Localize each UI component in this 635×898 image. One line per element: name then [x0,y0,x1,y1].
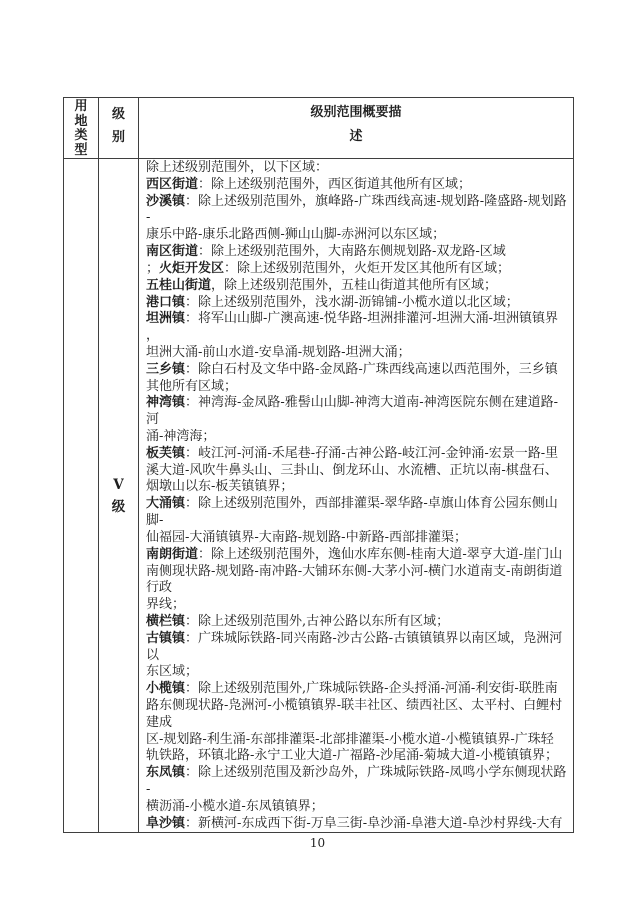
description-line: 阜沙镇：新横河-东成西下街-万阜三街-阜沙涌-阜港大道-阜沙村界线-大有 [146,816,567,832]
description-line: - [146,210,567,227]
description-line: 建成 [146,715,567,732]
description-line: 横沥涌-小榄水道-东凤镇镇界； [146,799,567,816]
description-line: 港口镇：除上述级别范围外，浅水湖-沥锦铺-小榄水道以北区域； [146,295,567,312]
description-line: 其他所有区域； [146,379,567,396]
description-line: 南朗街道：除上述级别范围外，逸仙水库东侧-桂南大道-翠亨大道-崖门山 [146,547,567,564]
description-line: 南侧现状路-规划路-南冲路-大铺环东侧-大茅小河-横门水道南支-南朗街道 [146,564,567,581]
description-line: 横栏镇：除上述级别范围外,古神公路以东所有区域； [146,614,567,631]
level-cell: V 级 [99,159,139,832]
land-use-type-header-cell: 用 地 类 型 [64,98,99,158]
description-line: 东区域； [146,664,567,681]
description-line: 小榄镇：除上述级别范围外,广珠城际铁路-企头捋涌-河涌-利安街-联胜南 [146,681,567,698]
description-line: 仙福园-大涌镇镇界-大南路-规划路-中新路-西部排灌渠； [146,530,567,547]
description-line: 大涌镇：除上述级别范围外，西部排灌渠-翠华路-卓旗山体育公园东侧山 [146,496,567,513]
description-line: ， [146,328,567,345]
table-body-row: V 级 除上述级别范围外，以下区域：西区街道：除上述级别范围外，西区街道其他所有… [64,159,573,832]
description-line: 东凤镇：除上述级别范围及新沙岛外，广珠城际铁路-凤鸣小学东侧现状路 [146,765,567,782]
description-line: 三乡镇：除白石村及文华中路-金凤路-广珠西线高速以西范围外，三乡镇 [146,362,567,379]
description-line: - [146,782,567,799]
description-header-cell: 级别范围概要描 述 [139,98,573,158]
page-number: 10 [0,836,635,850]
description-line: 路东侧现状路-凫洲河-小榄镇镇界-联丰社区、绩西社区、太平村、白鲤村 [146,698,567,715]
description-cell: 除上述级别范围外，以下区域：西区街道：除上述级别范围外，西区街道其他所有区域；沙… [139,159,573,832]
description-line: 康乐中路-康乐北路西侧-狮山山脚-赤洲河以东区域； [146,227,567,244]
description-line: 河 [146,412,567,429]
description-line: 行政 [146,580,567,597]
description-line: 板芙镇：岐江河-河涌-禾尾巷-孖涌-古神公路-岐江河-金钟涌-宏景一路-里 [146,446,567,463]
description-line: 烟墩山以东-板芙镇镇界； [146,479,567,496]
description-line: 区-规划路-利生涌-东部排灌渠-北部排灌渠-小榄水道-小榄镇镇界-广珠轻 [146,732,567,749]
description-line: 神湾镇：神湾海-金凤路-雅髻山山脚-神湾大道南-神湾医院东侧在建道路- [146,395,567,412]
description-line: 溪大道-风吹牛鼻头山、三卦山、倒龙环山、水流槽、正坑以南-棋盘石、 [146,463,567,480]
document-page: 用 地 类 型 级 别 级别范围概要描 述 V 级 除上述级别范围外，以下区域：… [0,0,635,898]
description-line: 轨铁路，环镇北路-永宁工业大道-广福路-沙尾涌-菊城大道-小榄镇镇界； [146,748,567,765]
description-header-line1: 级别范围概要描 [139,101,573,125]
description-line: 脚- [146,513,567,530]
description-line: 坦洲大涌-前山水道-安阜涌-规划路-坦洲大涌； [146,345,567,362]
land-use-type-cell [64,159,99,832]
description-line: 涌-神湾海； [146,429,567,446]
table-header-row: 用 地 类 型 级 别 级别范围概要描 述 [64,98,573,159]
description-line: 五桂山街道，除上述级别范围外，五桂山街道其他所有区域； [146,278,567,295]
description-line: 古镇镇：广珠城际铁路-同兴南路-沙古公路-古镇镇镇界以南区域，凫洲河 [146,631,567,648]
description-line: ；火炬开发区：除上述级别范围外，火炬开发区其他所有区域； [146,261,567,278]
level-description-table: 用 地 类 型 级 别 级别范围概要描 述 V 级 除上述级别范围外，以下区域：… [63,97,574,833]
description-line: 南区街道：除上述级别范围外，大南路东侧规划路-双龙路-区域 [146,244,567,261]
description-header-line2: 述 [139,125,573,149]
level-header-cell: 级 别 [99,98,139,158]
description-line: 西区街道：除上述级别范围外，西区街道其他所有区域； [146,177,567,194]
description-line: 除上述级别范围外，以下区域： [146,160,567,177]
description-line: 以 [146,648,567,665]
description-line: 界线； [146,597,567,614]
description-line: 坦洲镇：将军山山脚-广澳高速-悦华路-坦洲排灌河-坦洲大涌-坦洲镇镇界 [146,311,567,328]
description-line: 沙溪镇：除上述级别范围外，旗峰路-广珠西线高速-规划路-隆盛路-规划路 [146,194,567,211]
